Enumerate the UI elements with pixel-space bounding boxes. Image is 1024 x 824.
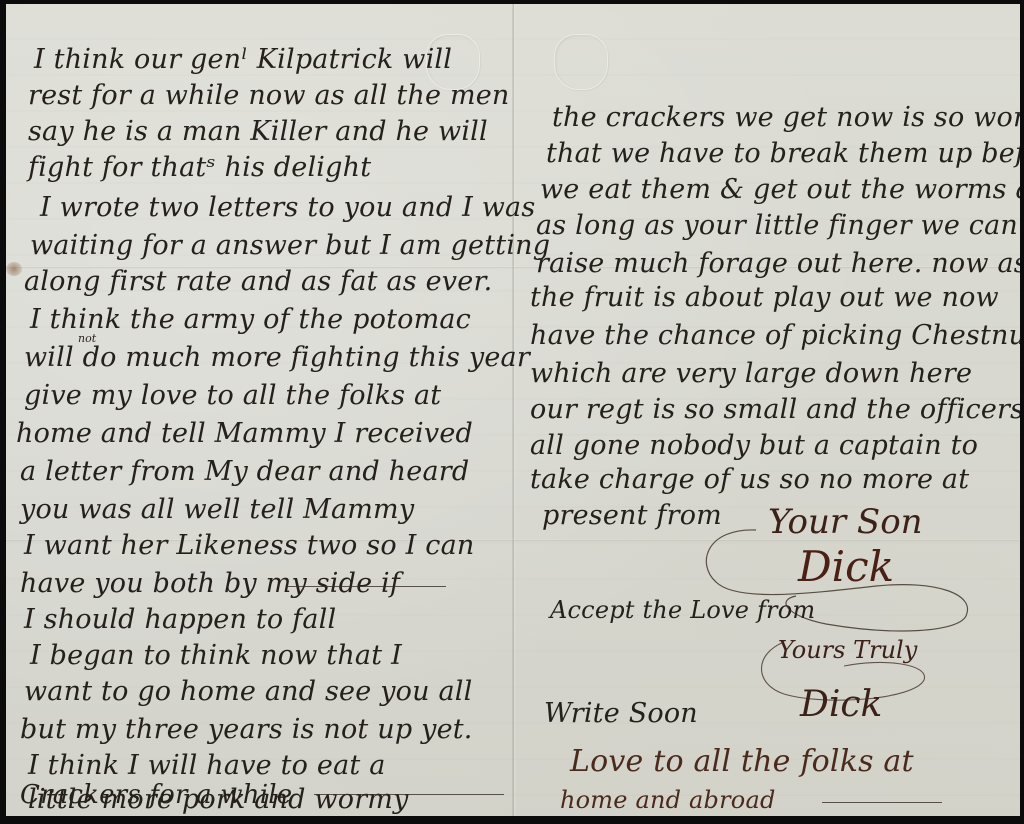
letter-line: present from: [542, 500, 722, 531]
postscript-closing: Yours Truly: [778, 636, 917, 664]
letter-line: take charge of us so no more at: [530, 464, 969, 495]
letter-line: our regt is so small and the officers: [530, 394, 1020, 425]
letter-line: the crackers we get now is so wormy: [552, 102, 1020, 133]
letter-line: all gone nobody but a captain to: [530, 430, 978, 461]
letter-line: rest for a while now as all the men: [28, 80, 510, 111]
letter-line: I began to think now that I: [30, 640, 402, 671]
letter-line: I should happen to fall: [24, 604, 336, 635]
postscript-love-line: Love to all the folks at: [570, 744, 914, 779]
letter-line: that we have to break them up before: [546, 138, 1020, 169]
letter-line: waiting for a answer but I am getting: [30, 230, 550, 261]
letter-line: fight for thatˢ his delight: [28, 152, 371, 183]
letter-line: but my three years is not up yet.: [20, 714, 473, 745]
underline-dash: [314, 794, 504, 795]
underline-dash: [286, 586, 446, 587]
closing-your-son: Your Son: [768, 502, 923, 542]
letter-line: say he is a man Killer and he will: [28, 116, 488, 147]
letter-line: we eat them & get out the worms about: [540, 174, 1020, 205]
letter-line: I think our genˡ Kilpatrick will: [34, 44, 452, 75]
letter-line: give my love to all the folks at: [24, 380, 441, 411]
underline-dash: [822, 802, 942, 803]
letter-line: I want her Likeness two so I can: [24, 530, 474, 561]
postscript-write-soon: Write Soon: [544, 698, 698, 729]
postscript-accept: Accept the Love from: [550, 596, 815, 624]
letter-line: the fruit is about play out we now: [530, 282, 999, 313]
signature-dick: Dick: [798, 542, 894, 591]
letter-line: I think I will have to eat a: [28, 750, 386, 781]
right-page: the crackers we get now is so wormy that…: [516, 4, 1020, 816]
scan-frame: I think our genˡ Kilpatrick will rest fo…: [0, 0, 1024, 824]
left-page: I think our genˡ Kilpatrick will rest fo…: [6, 4, 512, 816]
postscript-love-line: home and abroad: [560, 786, 776, 814]
letter-line: I think the army of the potomac: [30, 304, 471, 335]
letter-line: you was all well tell Mammy: [20, 494, 414, 525]
letter-line: raise much forage out here. now as: [536, 248, 1020, 279]
letter-line: which are very large down here: [530, 358, 972, 389]
letter-line: along first rate and as fat as ever.: [24, 266, 492, 297]
letter-line: want to go home and see you all: [24, 676, 472, 707]
postscript-signature-dick: Dick: [800, 684, 882, 725]
letter-line: home and tell Mammy I received: [16, 418, 473, 449]
letter-line: have you both by my side if: [20, 568, 400, 599]
letter-line: a letter from My dear and heard: [20, 456, 469, 487]
letter-line: I wrote two letters to you and I was: [40, 192, 535, 223]
letter-line: will do much more fighting this year: [24, 342, 530, 373]
letter-line: Crackers for a while: [20, 780, 292, 810]
letter-line: have the chance of picking Chestnuts: [530, 320, 1020, 351]
letter-sheet: I think our genˡ Kilpatrick will rest fo…: [6, 4, 1020, 816]
letter-line: as long as your little finger we cannot: [536, 210, 1020, 241]
